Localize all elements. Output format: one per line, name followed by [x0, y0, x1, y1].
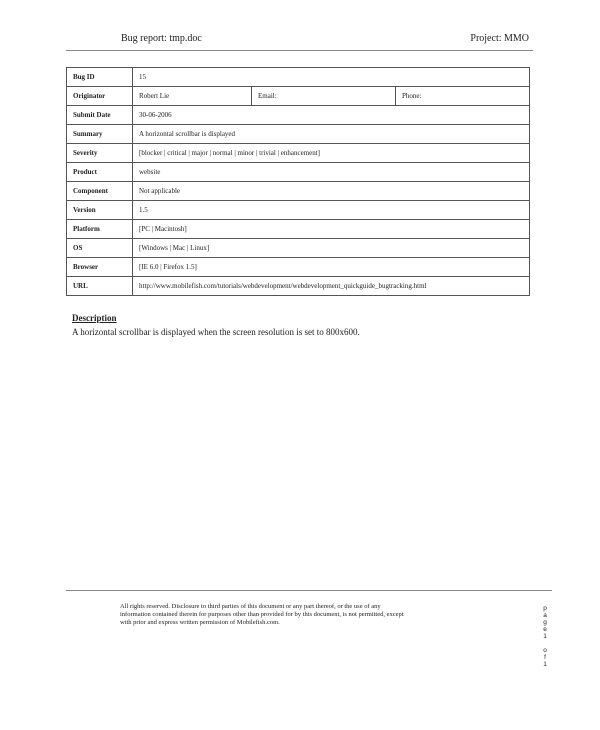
page-char: 1 — [541, 661, 549, 668]
value-originator: Robert Lie — [133, 87, 252, 106]
row-summary: Summary A horizontal scrollbar is displa… — [67, 125, 530, 144]
row-version: Version 1.5 — [67, 201, 530, 220]
label-phone: Phone: — [396, 87, 530, 106]
value-component: Not applicable — [133, 182, 530, 201]
footer-divider — [66, 590, 552, 591]
label-os: OS — [67, 239, 133, 258]
bug-fields-table: Bug ID 15 Originator Robert Lie Email: P… — [66, 67, 530, 296]
row-submit-date: Submit Date 30-06-2006 — [67, 106, 530, 125]
header-divider — [66, 50, 533, 51]
row-component: Component Not applicable — [67, 182, 530, 201]
label-component: Component — [67, 182, 133, 201]
footer-disclaimer: All rights reserved. Disclosure to third… — [120, 603, 500, 627]
footer-line-2: information contained therein for purpos… — [120, 611, 500, 619]
label-summary: Summary — [67, 125, 133, 144]
value-submit-date: 30-06-2006 — [133, 106, 530, 125]
page-char — [541, 640, 549, 647]
row-platform: Platform [PC | Macintosh] — [67, 220, 530, 239]
value-platform: [PC | Macintosh] — [133, 220, 530, 239]
label-browser: Browser — [67, 258, 133, 277]
label-product: Product — [67, 163, 133, 182]
value-os: [Windows | Mac | Linux] — [133, 239, 530, 258]
value-bug-id: 15 — [133, 68, 530, 87]
label-platform: Platform — [67, 220, 133, 239]
footer-line-1: All rights reserved. Disclosure to third… — [120, 603, 500, 611]
row-os: OS [Windows | Mac | Linux] — [67, 239, 530, 258]
page-char: e — [541, 626, 549, 633]
page-char: g — [541, 619, 549, 626]
row-bug-id: Bug ID 15 — [67, 68, 530, 87]
page-char: f — [541, 654, 549, 661]
value-browser: [IE 6.0 | Firefox 1.5] — [133, 258, 530, 277]
page-char: a — [541, 612, 549, 619]
label-version: Version — [67, 201, 133, 220]
value-version: 1.5 — [133, 201, 530, 220]
description-text: A horizontal scrollbar is displayed when… — [72, 327, 360, 337]
label-severity: Severity — [67, 144, 133, 163]
label-email: Email: — [252, 87, 396, 106]
page-char: o — [541, 647, 549, 654]
page-char: 1 — [541, 633, 549, 640]
value-url: http://www.mobilefish.com/tutorials/webd… — [133, 277, 530, 296]
header-title: Bug report: tmp.doc — [121, 33, 202, 44]
label-originator: Originator — [67, 87, 133, 106]
header-project: Project: MMO — [470, 33, 529, 44]
description-heading: Description — [72, 313, 117, 323]
row-originator: Originator Robert Lie Email: Phone: — [67, 87, 530, 106]
label-bug-id: Bug ID — [67, 68, 133, 87]
row-browser: Browser [IE 6.0 | Firefox 1.5] — [67, 258, 530, 277]
value-product: website — [133, 163, 530, 182]
row-product: Product website — [67, 163, 530, 182]
page-number-vertical: p a g e 1 o f 1 — [541, 605, 549, 668]
row-url: URL http://www.mobilefish.com/tutorials/… — [67, 277, 530, 296]
value-summary: A horizontal scrollbar is displayed — [133, 125, 530, 144]
label-submit-date: Submit Date — [67, 106, 133, 125]
row-severity: Severity [blocker | critical | major | n… — [67, 144, 530, 163]
footer-line-3: with prior and express written permissio… — [120, 619, 500, 627]
label-url: URL — [67, 277, 133, 296]
page-char: p — [541, 605, 549, 612]
value-severity: [blocker | critical | major | normal | m… — [133, 144, 530, 163]
